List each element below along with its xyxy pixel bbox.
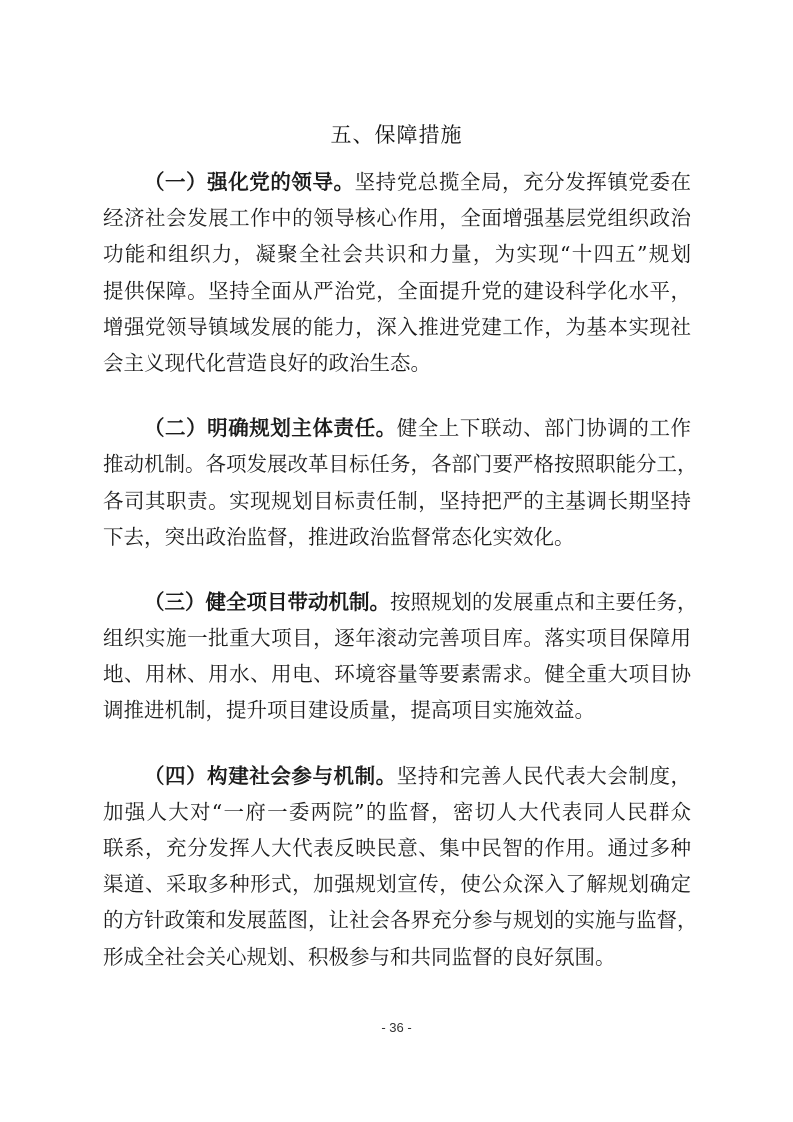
paragraph-text: 健全上下联动、部门协调的工作 [397,416,691,440]
paragraph-line: 推动机制。各项发展改革目标任务，各部门要严格按照职能分工， [103,446,691,482]
paragraph-line: 联系，充分发挥人大代表反映民意、集中民智的作用。通过多种 [103,830,691,866]
paragraph-lead: （四）构建社会参与机制。 [144,764,397,788]
paragraph-line: 的方针政策和发展蓝图，让社会各界充分参与规划的实施与监督， [103,902,691,938]
paragraph-line: 经济社会发展工作中的领导核心作用，全面增强基层党组织政治 [103,200,691,236]
paragraph-project-mechanism: （三）健全项目带动机制。按照规划的发展重点和主要任务， 组织实施一批重大项目，逐… [103,584,691,729]
paragraph-line: 渠道、采取多种形式，加强规划宣传，使公众深入了解规划确定 [103,866,691,902]
paragraph-lead: （三）健全项目带动机制。 [144,590,390,614]
paragraph-line: 加强人大对“一府一委两院”的监督，密切人大代表同人民群众 [103,794,691,830]
document-body: （一）强化党的领导。坚持党总揽全局，充分发挥镇党委在 经济社会发展工作中的领导核… [103,164,691,975]
paragraph-lead: （二）明确规划主体责任。 [144,416,397,440]
paragraph-party-leadership: （一）强化党的领导。坚持党总揽全局，充分发挥镇党委在 经济社会发展工作中的领导核… [103,164,691,381]
paragraph-line: （一）强化党的领导。坚持党总揽全局，充分发挥镇党委在 [103,164,691,200]
paragraph-text: 坚持党总揽全局，充分发挥镇党委在 [355,170,691,194]
paragraph-text: 坚持和完善人民代表大会制度， [397,764,691,788]
paragraph-text: 按照规划的发展重点和主要任务， [390,590,698,614]
paragraph-lead: （一）强化党的领导。 [144,170,355,194]
paragraph-line: （三）健全项目带动机制。按照规划的发展重点和主要任务， [103,584,691,620]
paragraph-line: 组织实施一批重大项目，逐年滚动完善项目库。落实项目保障用 [103,620,691,656]
paragraph-line: 调推进机制，提升项目建设质量，提高项目实施效益。 [103,692,691,728]
paragraph-planning-responsibility: （二）明确规划主体责任。健全上下联动、部门协调的工作 推动机制。各项发展改革目标… [103,410,691,555]
paragraph-line: 提供保障。坚持全面从严治党，全面提升党的建设科学化水平， [103,273,691,309]
paragraph-line: 形成全社会关心规划、积极参与和共同监督的良好氛围。 [103,939,691,975]
paragraph-line: （二）明确规划主体责任。健全上下联动、部门协调的工作 [103,410,691,446]
paragraph-line: （四）构建社会参与机制。坚持和完善人民代表大会制度， [103,758,691,794]
paragraph-line: 下去，突出政治监督，推进政治监督常态化实效化。 [103,519,691,555]
paragraph-line: 功能和组织力，凝聚全社会共识和力量，为实现“十四五”规划 [103,236,691,272]
paragraph-line: 地、用林、用水、用电、环境容量等要素需求。健全重大项目协 [103,656,691,692]
page-number: - 36 - [0,1020,793,1035]
paragraph-line: 增强党领导镇域发展的能力，深入推进党建工作，为基本实现社 [103,309,691,345]
paragraph-line: 各司其职责。实现规划目标责任制，坚持把严的主基调长期坚持 [103,483,691,519]
paragraph-social-participation: （四）构建社会参与机制。坚持和完善人民代表大会制度， 加强人大对“一府一委两院”… [103,758,691,975]
document-page: 五、保障措施 （一）强化党的领导。坚持党总揽全局，充分发挥镇党委在 经济社会发展… [0,0,793,1122]
section-title: 五、保障措施 [0,119,793,149]
paragraph-line: 会主义现代化营造良好的政治生态。 [103,345,691,381]
